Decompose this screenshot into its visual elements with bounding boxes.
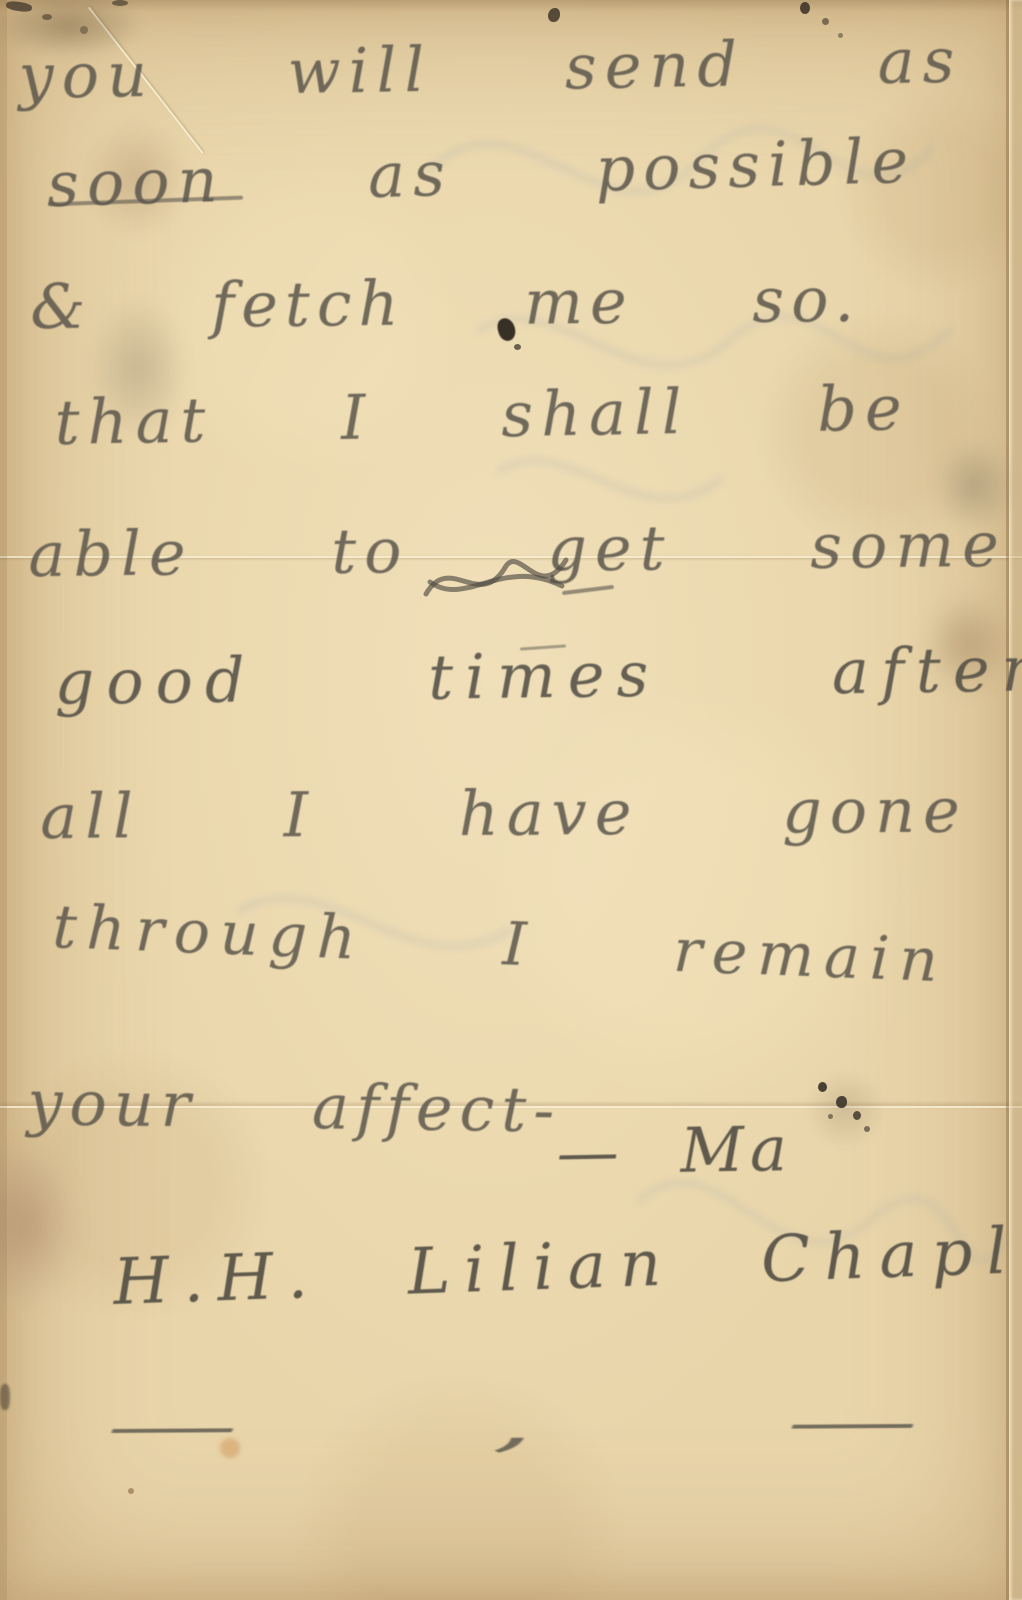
ink-speck-top-center	[548, 8, 560, 22]
mark-bottom-left-edge	[0, 1384, 10, 1410]
ink-speck-near-ma	[836, 1096, 847, 1108]
smudge-near-ma	[806, 1070, 884, 1148]
ink-speck-top-right	[822, 18, 829, 25]
ink-speck-top-right	[800, 2, 810, 14]
ink-speck-near-ma	[828, 1114, 833, 1119]
scribble-over-get	[418, 532, 578, 622]
ink-speck	[80, 26, 88, 34]
paper-edge-right-strip	[1009, 0, 1022, 1600]
letter-page: you will send as soon as possible & fetc…	[0, 0, 1022, 1600]
ink-speck-near-ma	[853, 1111, 861, 1120]
letter-closing-line: your affect-	[27, 1066, 562, 1146]
ink-speck-near-ma	[818, 1082, 827, 1092]
stain-left-edge	[0, 1142, 77, 1310]
letter-signature: H.H. Lilian Chaplin	[112, 1211, 1022, 1320]
ink-speck	[112, 0, 128, 6]
letter-line-3: & fetch me so.	[30, 263, 861, 343]
letter-closing-ma: — Ma	[556, 1112, 793, 1189]
paper-edge-left-shade	[0, 0, 7, 1600]
ink-speck-near-ma	[864, 1126, 870, 1132]
letter-line-6: good times after	[54, 632, 1022, 719]
letter-line-1: you will send as	[18, 24, 963, 113]
ink-blot-satellite	[514, 344, 521, 350]
letter-line-4: that I shall be	[54, 371, 910, 459]
letter-line-8: through I remain	[51, 892, 949, 996]
ink-speck	[42, 14, 52, 20]
paper-edge-right-line	[1006, 0, 1009, 1600]
letter-end-dashes: — , —	[105, 1386, 977, 1462]
letter-line-7: all I have gone	[40, 774, 968, 853]
brown-speck	[128, 1488, 134, 1494]
